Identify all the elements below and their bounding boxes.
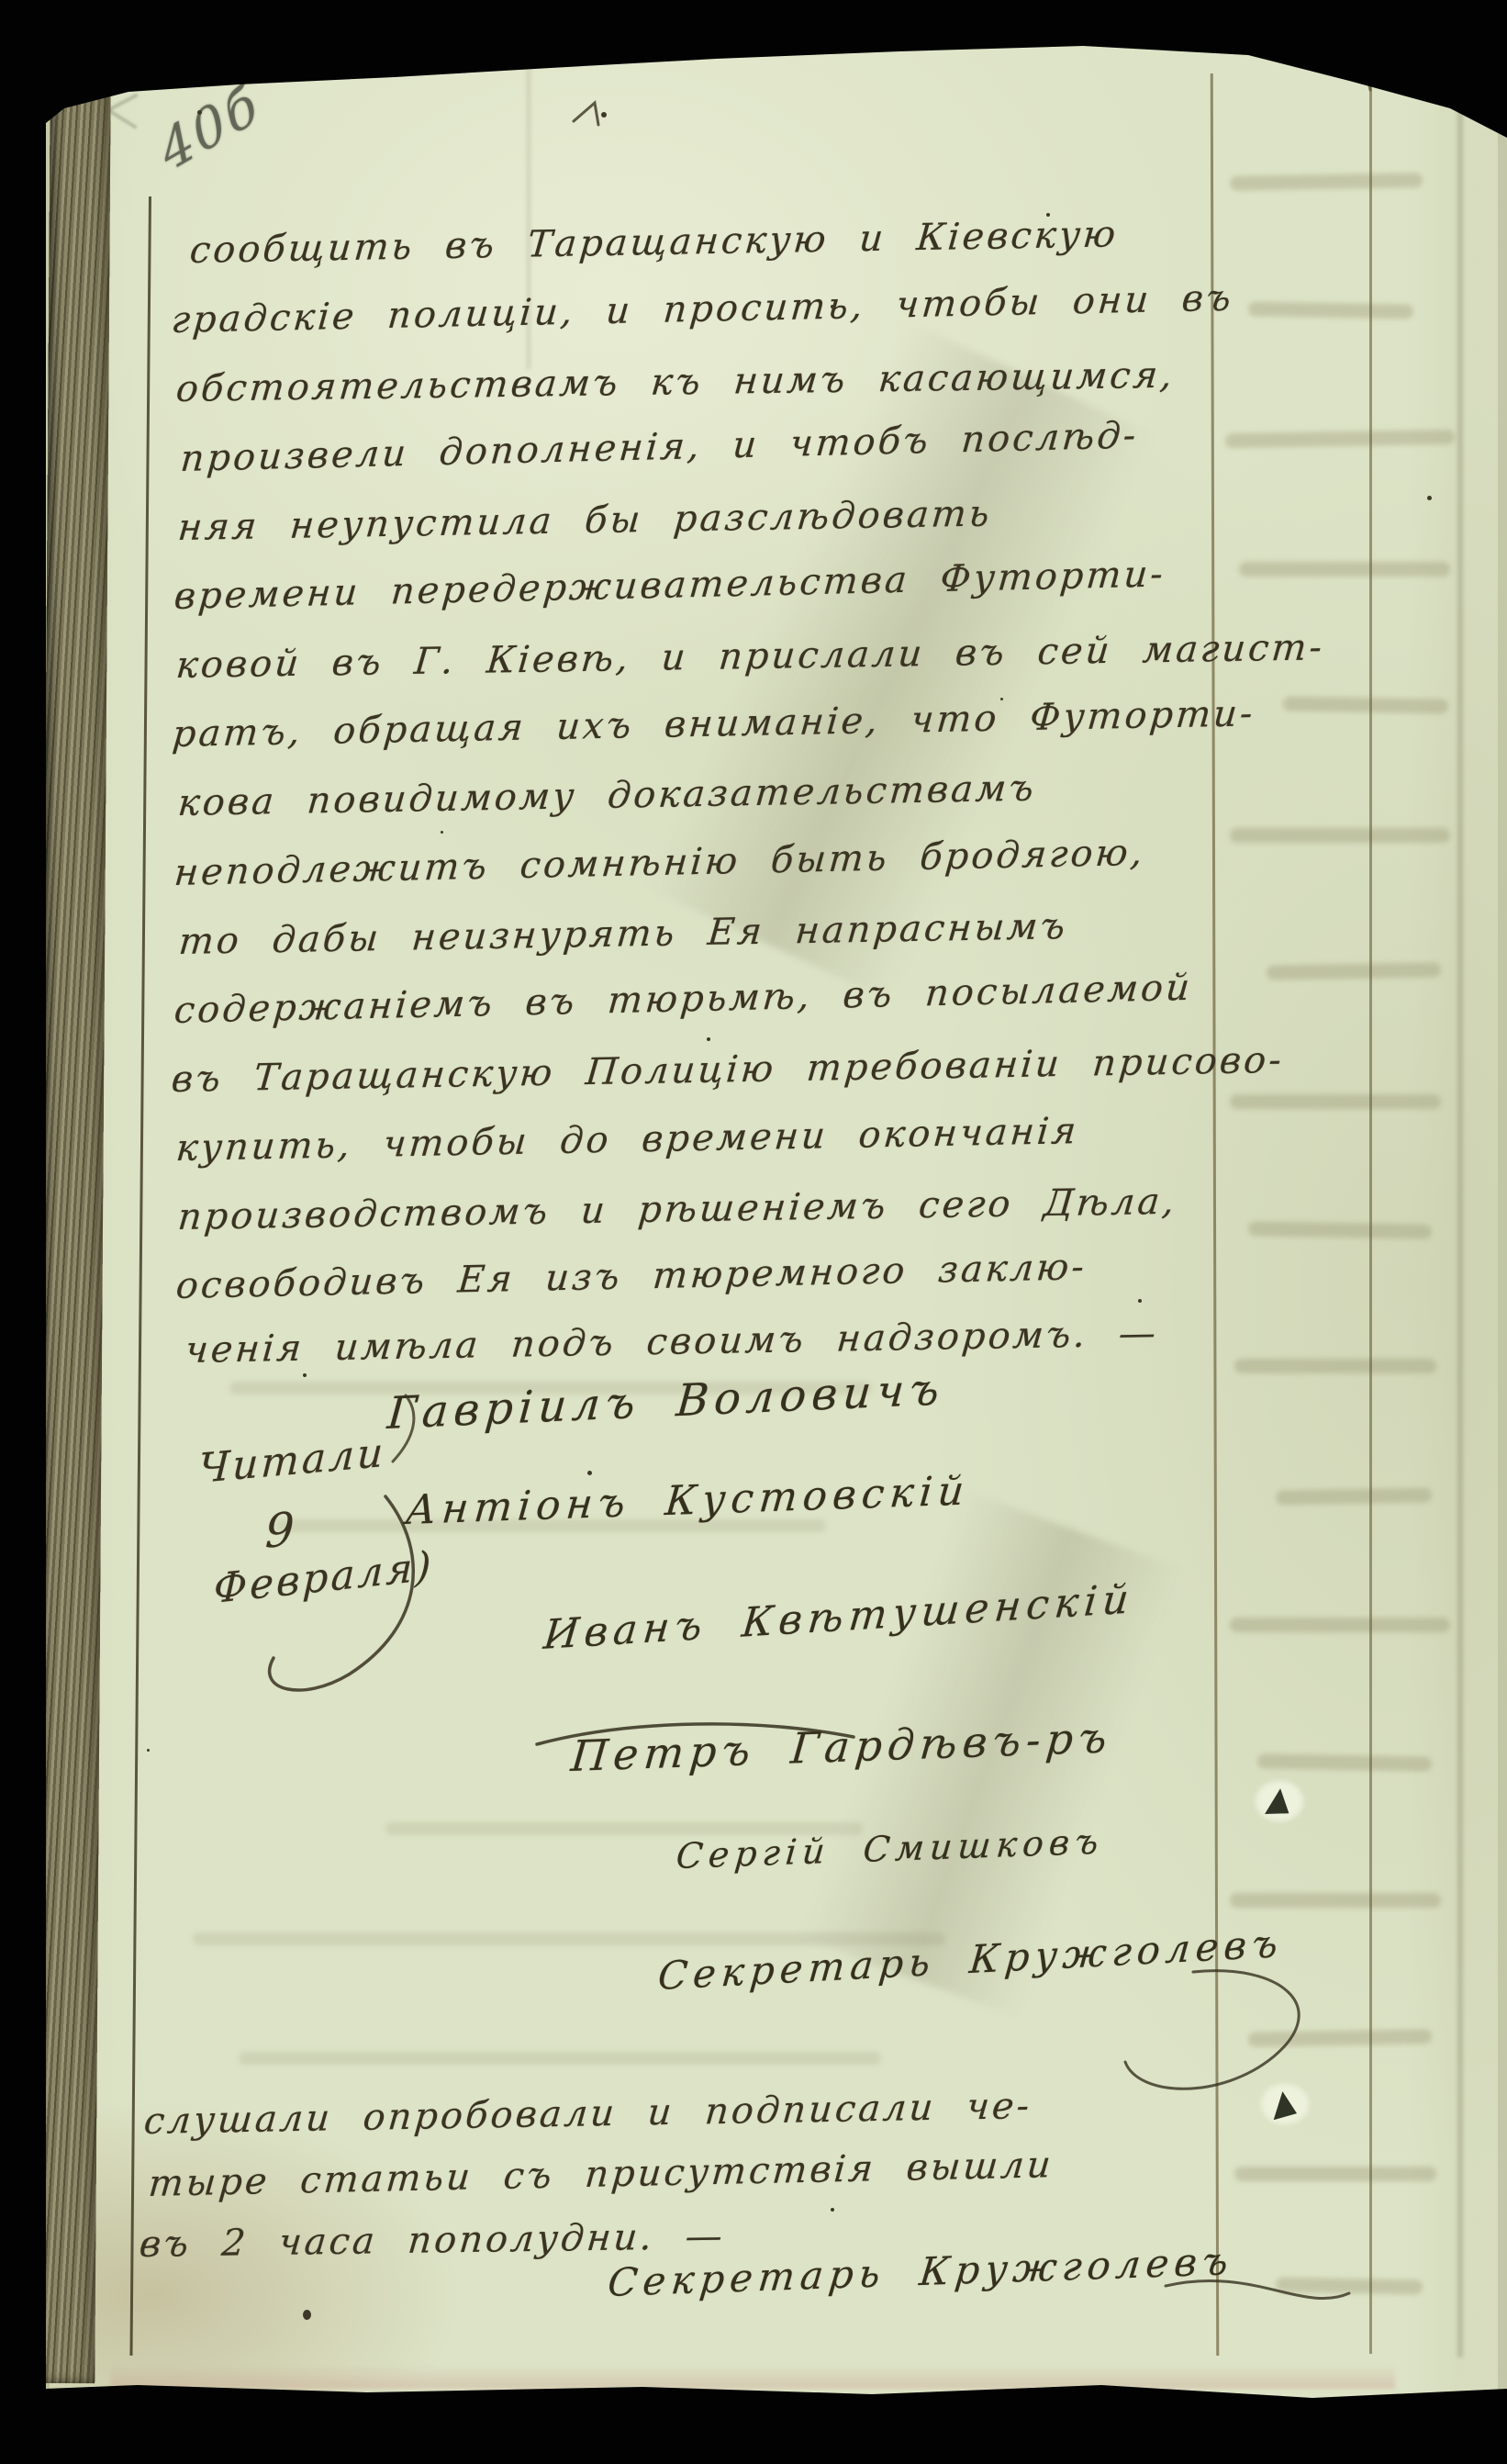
ink-speck (601, 112, 607, 118)
ink-speck (831, 305, 834, 308)
closing-signature-tail (1166, 2280, 1349, 2298)
read-note-swash (393, 1395, 414, 1462)
scan-background-left (0, 0, 46, 2464)
ink-speck (441, 831, 443, 834)
scanned-manuscript-page: 40б сообщить въ Таращанскую и Кіевскую г… (0, 0, 1507, 2464)
ink-speck (147, 1749, 150, 1752)
ink-speck (1427, 496, 1432, 500)
ink-speck (1000, 698, 1003, 700)
ink-speck (1046, 213, 1050, 217)
ink-speck (707, 1037, 710, 1041)
ink-speck (303, 1373, 307, 1377)
ink-speck (831, 2208, 834, 2212)
secretary-signature-loop (1125, 1971, 1299, 2089)
ink-speck (587, 1471, 592, 1475)
page-bottom-edge-tint (110, 2365, 1395, 2389)
ink-blot (303, 2310, 311, 2320)
signature-overline (537, 1724, 854, 1744)
ink-speck (197, 110, 202, 115)
ink-speck (1138, 1299, 1142, 1303)
arrow-mark (574, 103, 598, 125)
month-swash (270, 1496, 414, 1690)
